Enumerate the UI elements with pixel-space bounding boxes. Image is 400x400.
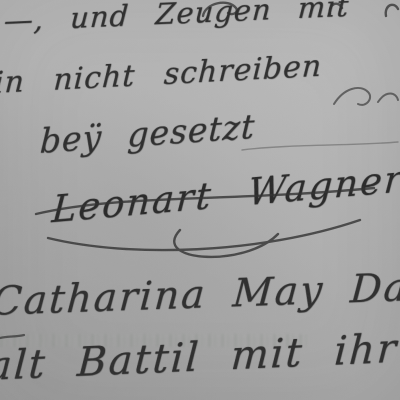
handwriting-line-2: in nicht schreiben: [0, 49, 323, 101]
cutoff-word-fragment-right: [330, 78, 400, 114]
manuscript-scan: —, und Zeugen mit in nicht schreiben beÿ…: [0, 0, 400, 400]
signature-handwriting: Leonart Wagner: [50, 157, 400, 231]
handwriting-line-3: beÿ gesetzt: [39, 107, 256, 161]
handwriting-line-5: Catharina May Dahm: [0, 263, 400, 325]
handwriting-line-1: —, und Zeugen mit: [3, 0, 350, 38]
trailing-pen-stroke: [240, 140, 400, 156]
